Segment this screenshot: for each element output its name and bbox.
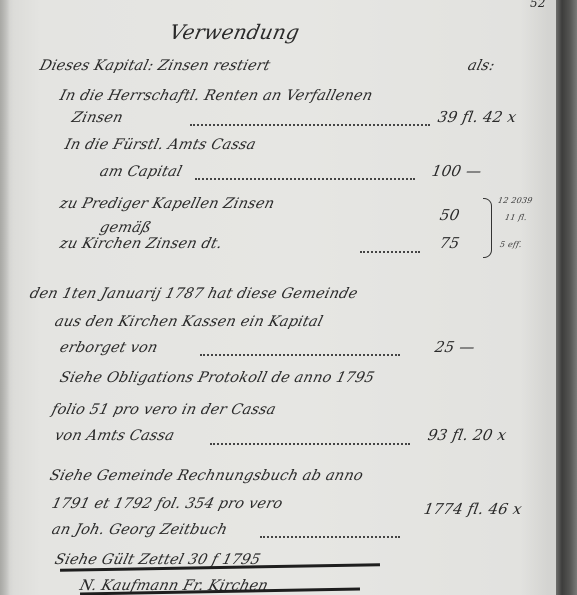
text-line-13: folio 51 pro vero in der Cassa	[50, 402, 278, 418]
text-line-17: an Joh. Georg Zeitbuch	[50, 522, 229, 538]
amount-6: 93 fl. 20 x	[426, 426, 507, 444]
text-line-10: aus den Kirchen Kassen ein Kapital	[53, 314, 325, 330]
text-line-1: Dieses Kapital: Zinsen restiert	[38, 58, 272, 74]
text-line-2: In die Herrschaftl. Renten an Verfallene…	[58, 88, 374, 104]
text-line-3: Zinsen	[70, 110, 125, 126]
text-line-11: erborget von	[58, 340, 159, 356]
margin-note-3: 5 eff.	[499, 240, 522, 249]
dot-leader	[210, 443, 410, 445]
manuscript-page: 52 Verwendung Dieses Kapital: Zinsen res…	[0, 0, 577, 595]
text-line-5: am Capital	[98, 164, 184, 180]
text-line-9: den 1ten Januarij 1787 hat diese Gemeind…	[28, 286, 359, 302]
book-gutter-shadow	[0, 0, 10, 595]
text-line-15: Siehe Gemeinde Rechnungsbuch ab anno	[48, 468, 365, 484]
text-line-8: zu Kirchen Zinsen dt.	[58, 236, 224, 252]
bracket-brace	[483, 198, 492, 258]
amount-1: 39 fl. 42 x	[436, 108, 517, 126]
text-line-16: 1791 et 1792 fol. 354 pro vero	[50, 496, 284, 512]
dot-leader	[260, 536, 400, 538]
line-1-note: als:	[466, 58, 496, 74]
dot-leader	[195, 178, 415, 180]
dot-leader	[190, 124, 430, 126]
text-line-12: Siehe Obligations Protokoll de anno 1795	[58, 370, 376, 386]
dot-leader	[360, 251, 420, 253]
amount-7: 1774 fl. 46 x	[422, 500, 523, 518]
amount-2: 100 —	[430, 162, 483, 180]
margin-note-1: 12 2039	[497, 196, 533, 205]
amount-4: 75	[438, 234, 461, 252]
amount-3: 50	[438, 206, 461, 224]
page-heading: Verwendung	[167, 20, 301, 44]
page-edge-binding	[556, 0, 577, 595]
amount-5: 25 —	[433, 338, 476, 356]
text-line-6: zu Prediger Kapellen Zinsen	[58, 196, 276, 212]
page-number: 52	[530, 0, 546, 10]
dot-leader	[200, 354, 400, 356]
text-line-7: gemäß	[98, 220, 153, 236]
text-line-14: von Amts Cassa	[53, 428, 176, 444]
margin-note-2: 11 fl.	[504, 213, 528, 222]
text-line-4: In die Fürstl. Amts Cassa	[63, 137, 258, 153]
